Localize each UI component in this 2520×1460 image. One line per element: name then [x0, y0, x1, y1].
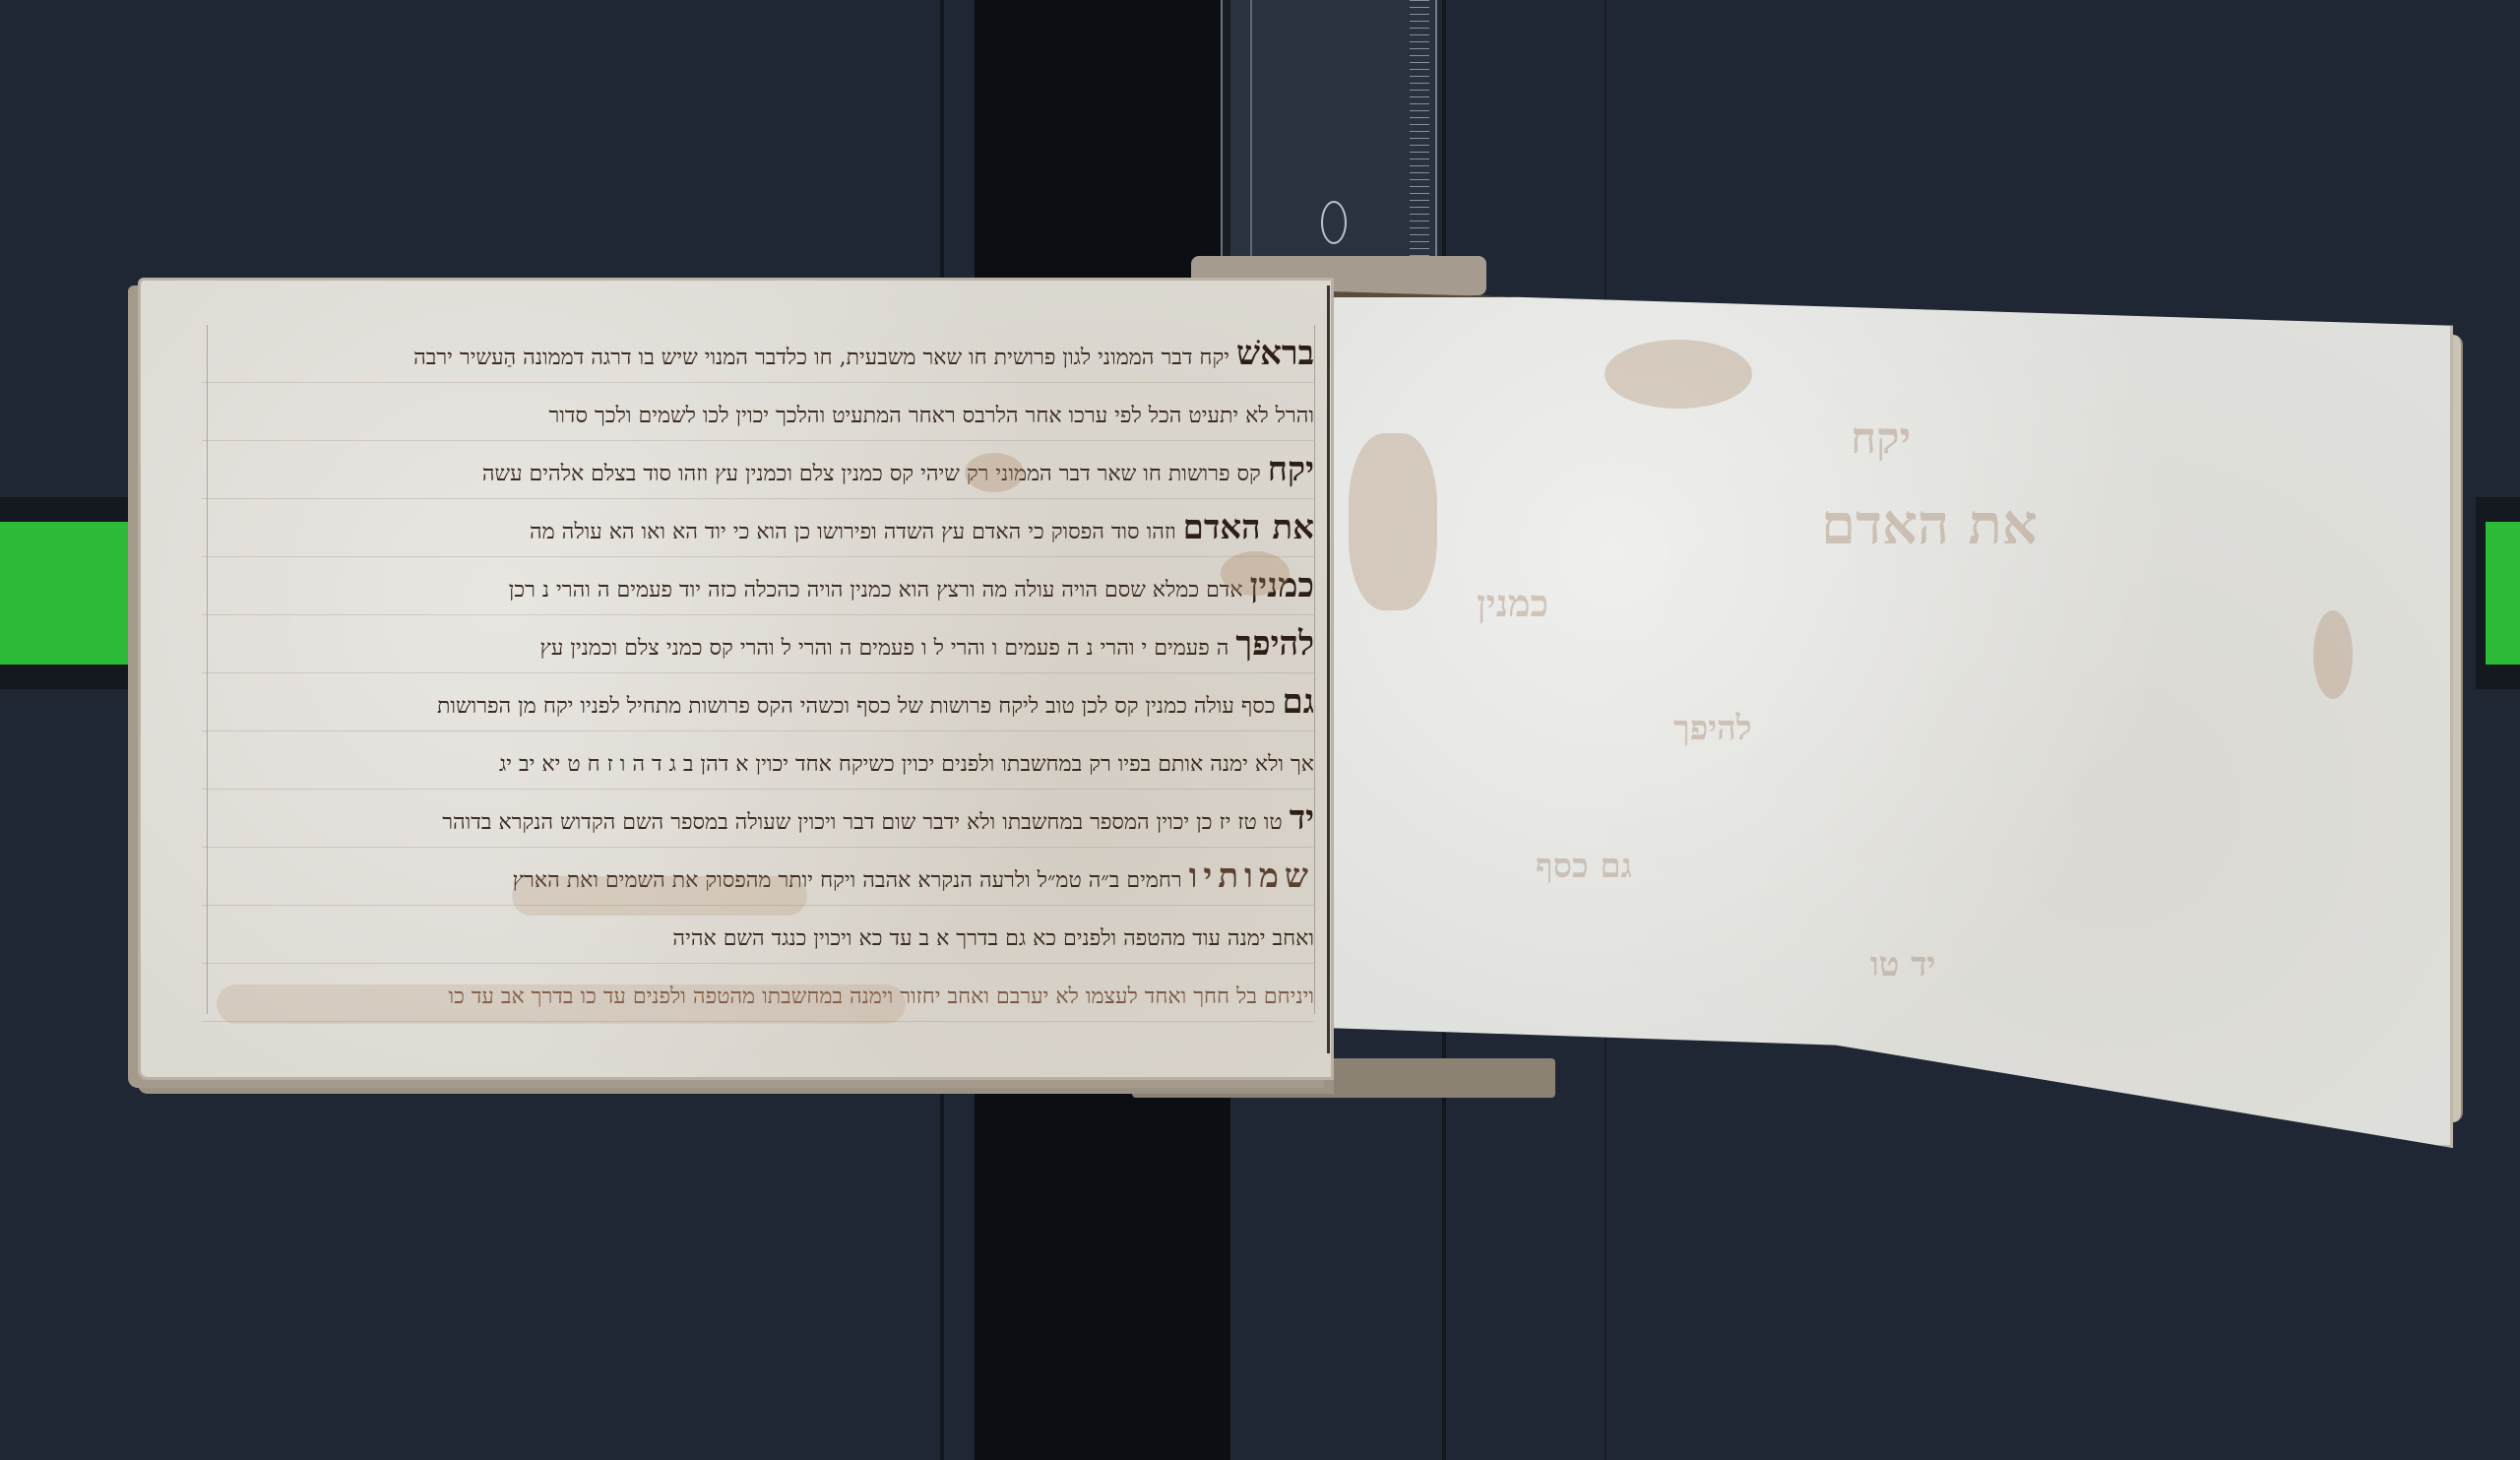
- ink-stain: [512, 876, 807, 916]
- line-text: וזהו סוד הפסוק כי האדם עץ השדה ופירושו כ…: [530, 520, 1176, 544]
- ruler-edge-line: [1250, 0, 1252, 295]
- line-text: אדם כמלא שסם הויה עולה מה ורצץ הוא כמנין…: [509, 578, 1243, 603]
- line-lead-word: יד: [1290, 798, 1314, 838]
- line-text: והרל לא יתעיט הכל לפי ערכו אחר הלרבס ראח…: [549, 404, 1315, 428]
- calibration-bar-left: [0, 522, 128, 665]
- manuscript-line: יקח קס פרושות חו שאר דבר הממוני רק שיהי …: [202, 441, 1314, 499]
- line-lead-word: את האדם: [1183, 508, 1314, 547]
- manuscript-line: את האדם וזהו סוד הפסוק כי האדם עץ השדה ו…: [202, 499, 1314, 557]
- margin-rule-right: [1314, 325, 1315, 1014]
- line-text: ואחב ימנה עוד מהטפה ולפנים כא גם בדרך א …: [672, 926, 1314, 951]
- ink-stain: [965, 453, 1024, 492]
- line-text: יקח דבר הממוני לגון פרושית חו שאר משבעית…: [413, 346, 1229, 370]
- ghost-text: להיפך: [1673, 709, 1752, 748]
- line-text: ה פעמים י והרי נ ה פעמים ו והרי ל ו פעמי…: [539, 636, 1228, 661]
- line-text: טו טז יז כן יכוין המספר במחשבתו ולא ידבר…: [442, 810, 1283, 835]
- calibration-bar-right: [2486, 522, 2520, 665]
- manuscript-line: בראשׁ יקח דבר הממוני לגון פרושית חו שאר …: [202, 325, 1314, 383]
- ghost-text: גם כסף: [1536, 847, 1632, 886]
- ghost-text: את האדם: [1821, 492, 2038, 557]
- manuscript-line: גם כסף עולה כמנין קס לכן טוב ליקח פרושות…: [202, 673, 1314, 731]
- ghost-text: כמנין: [1477, 581, 1548, 626]
- line-lead-word: יקח: [1268, 450, 1314, 489]
- manuscript-text-block: בראשׁ יקח דבר הממוני לגון פרושית חו שאר …: [202, 325, 1314, 1022]
- line-text: אך ולא ימנה אותם בפיו רק במחשבתו ולפנים …: [499, 752, 1314, 777]
- line-lead-word: להיפך: [1235, 624, 1314, 664]
- ghost-text: יד טו: [1870, 945, 1935, 984]
- ink-stain: [1221, 551, 1290, 596]
- manuscript-line: והרל לא יתעיט הכל לפי ערכו אחר הלרבס ראח…: [202, 383, 1314, 441]
- ink-stain: [217, 984, 906, 1024]
- book-gutter: [1327, 286, 1330, 1053]
- ruler-hole: [1321, 201, 1347, 244]
- ink-stain: [2313, 610, 2353, 699]
- line-text: קס פרושות חו שאר דבר הממוני רק שיהי קס כ…: [482, 462, 1261, 486]
- ink-stain: [1349, 433, 1437, 610]
- ornament-word: שמותיו: [1189, 857, 1314, 896]
- manuscript-line: כמנין אדם כמלא שסם הויה עולה מה ורצץ הוא…: [202, 557, 1314, 615]
- line-lead-word: בראשׁ: [1236, 334, 1314, 373]
- measuring-ruler: [1221, 0, 1437, 295]
- ink-stain: [1605, 340, 1752, 409]
- line-text: כסף עולה כמנין קס לכן טוב ליקח פרושות של…: [437, 694, 1276, 719]
- line-lead-word: גם: [1283, 682, 1314, 722]
- manuscript-line: יד טו טז יז כן יכוין המספר במחשבתו ולא י…: [202, 790, 1314, 848]
- ruler-ticks: [1410, 0, 1429, 295]
- manuscript-line: להיפך ה פעמים י והרי נ ה פעמים ו והרי ל …: [202, 615, 1314, 673]
- manuscript-line: אך ולא ימנה אותם בפיו רק במחשבתו ולפנים …: [202, 731, 1314, 790]
- ghost-text: יקח: [1851, 413, 1911, 464]
